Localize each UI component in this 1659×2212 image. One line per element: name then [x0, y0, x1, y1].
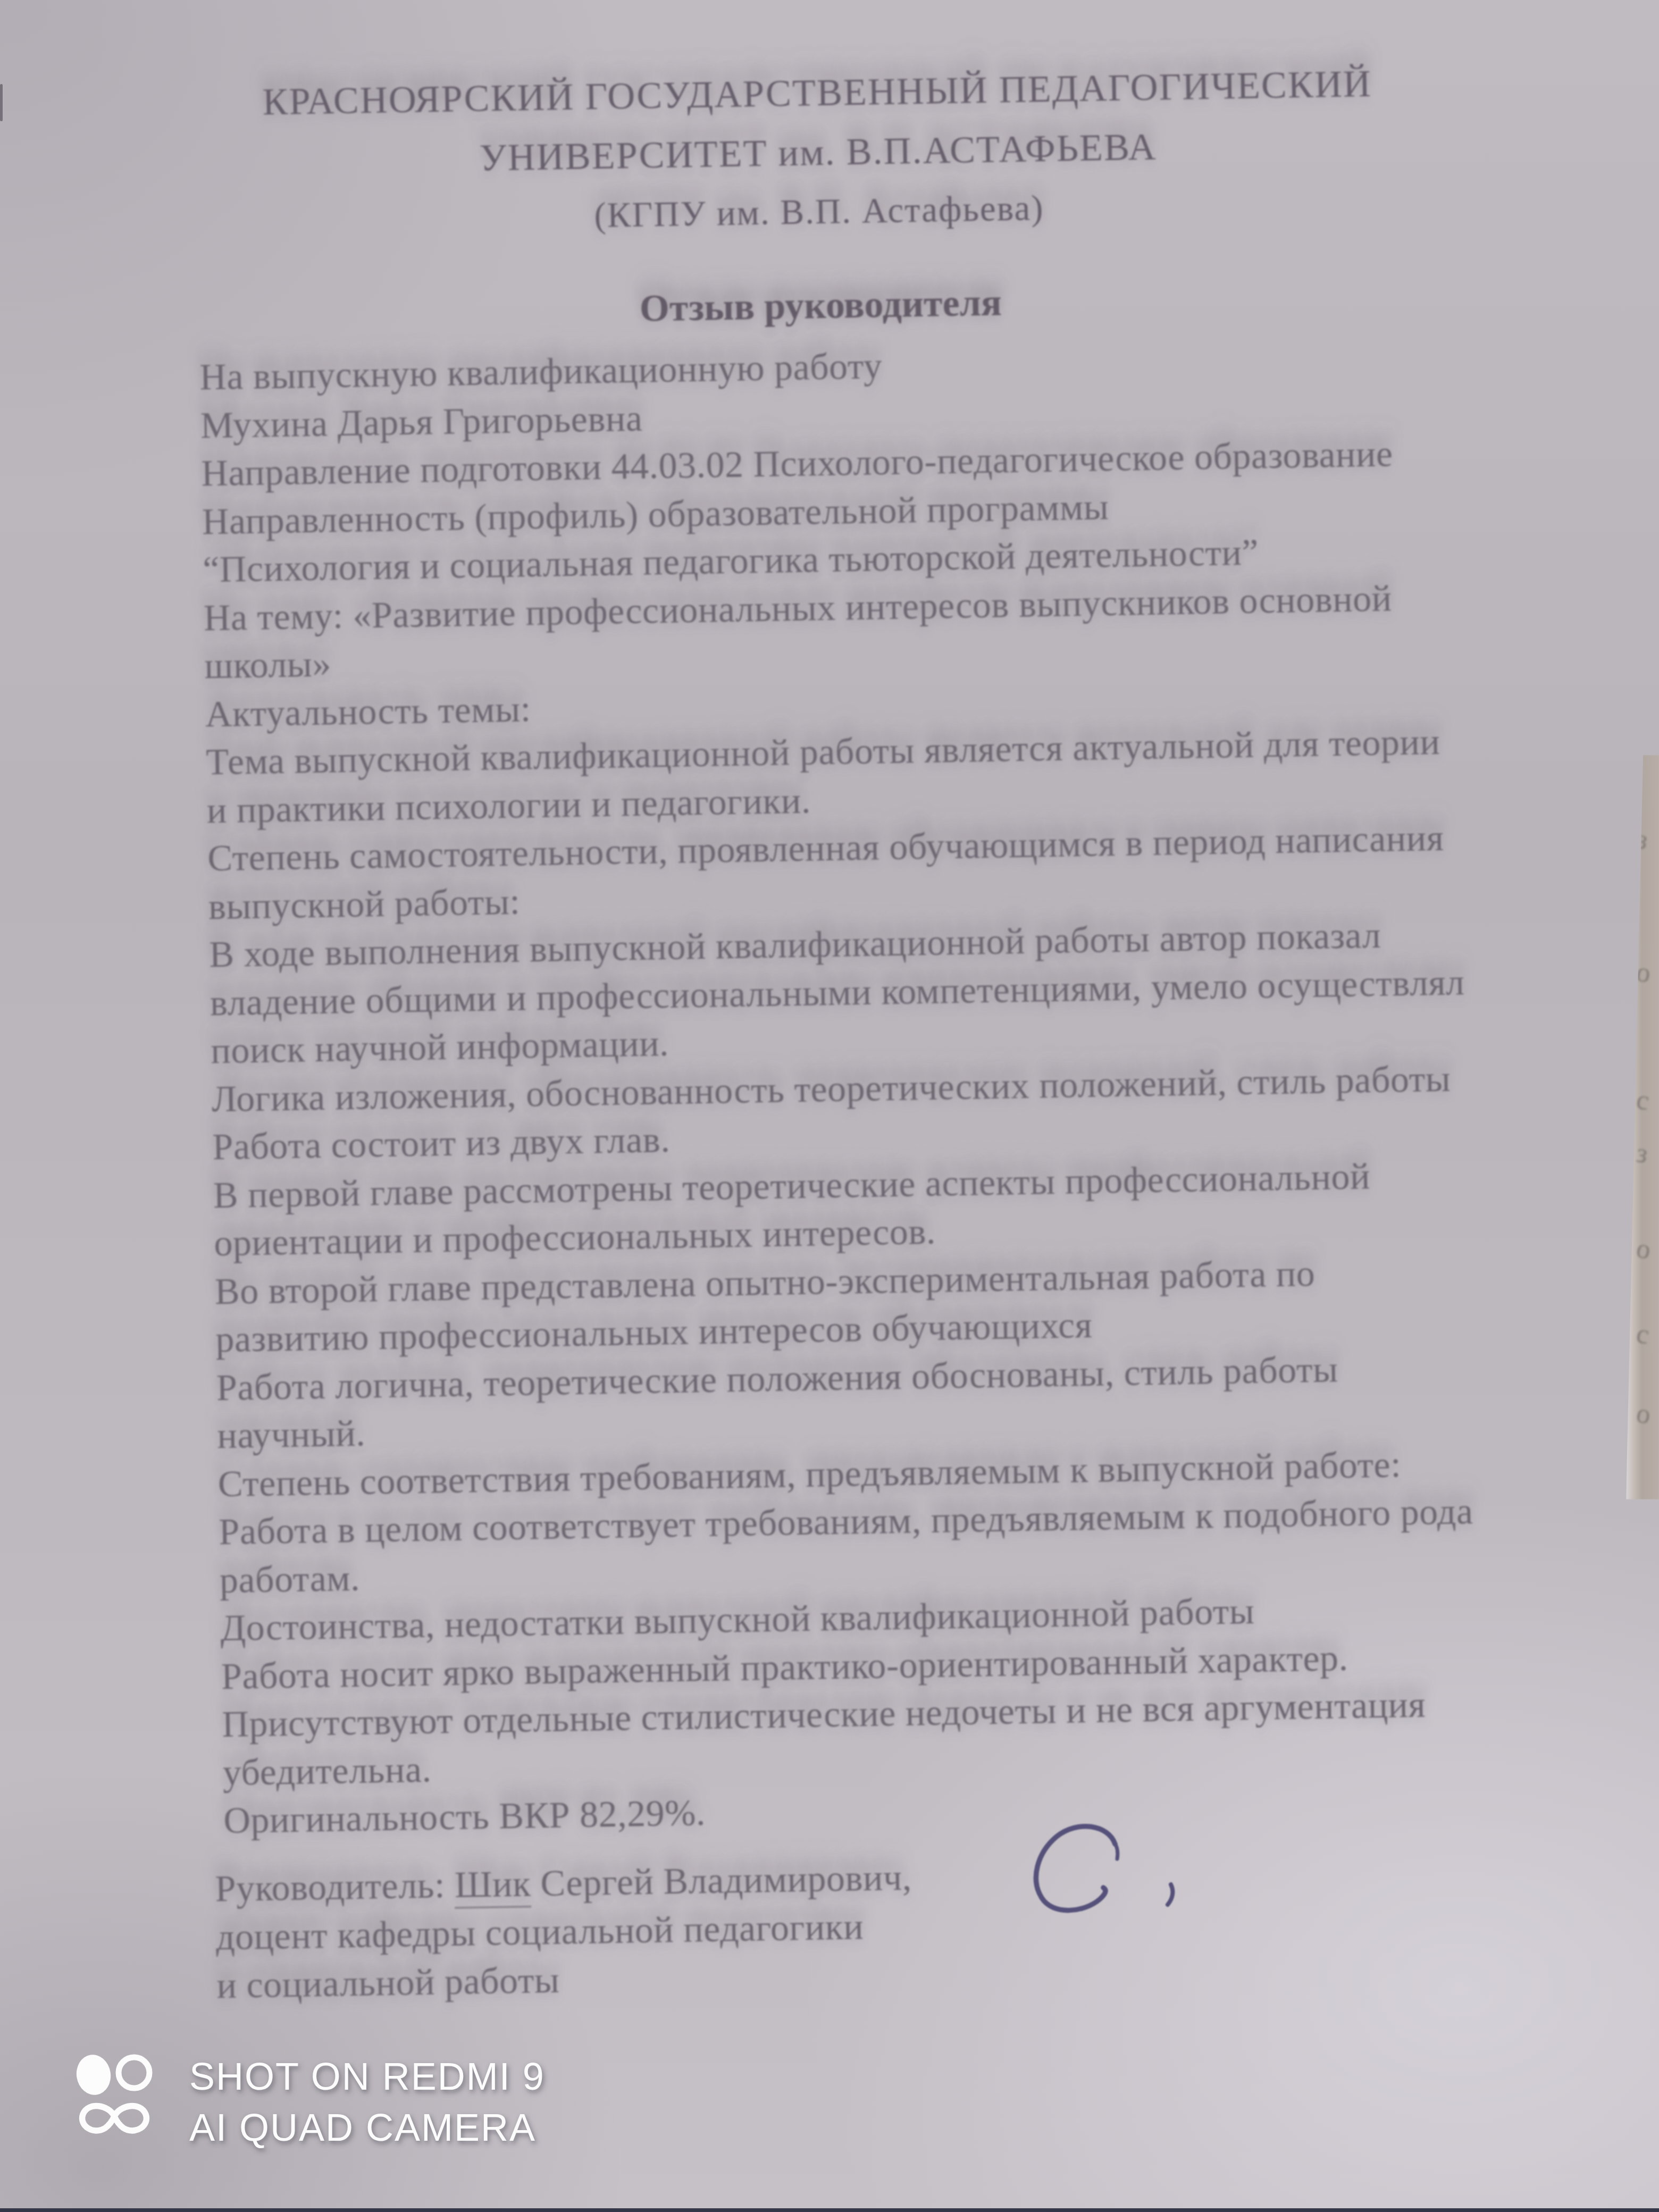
camera-watermark: SHOT ON REDMI 9 AI QUAD CAMERA — [74, 2051, 545, 2154]
supervisor-name: Сергей Владимирович, — [531, 1857, 912, 1904]
supervisor-label: Руководитель: — [215, 1864, 455, 1909]
supervisor-surname: Шик — [454, 1863, 531, 1908]
document-body: На выпускную квалификационную работу Мух… — [199, 331, 1585, 1846]
edge-glyph: о — [1635, 1233, 1653, 1266]
handwritten-signature-ink — [1024, 1814, 1194, 1937]
edge-glyph: з — [1635, 1137, 1650, 1170]
photo-bottom-edge — [0, 2208, 1659, 2212]
edge-glyph: с — [1635, 1318, 1652, 1351]
document-photo: КРАСНОЯРСКИЙ ГОСУДАРСТВЕННЫЙ ПЕДАГОГИЧЕС… — [0, 0, 1659, 2212]
redmi-camera-logo-icon — [74, 2051, 154, 2138]
review-document: КРАСНОЯРСКИЙ ГОСУДАРСТВЕННЫЙ ПЕДАГОГИЧЕС… — [0, 0, 1659, 2013]
supervisor-signature-block: Руководитель: Шик Сергей Владимирович, д… — [215, 1842, 1588, 2010]
watermark-line-2: AI QUAD CAMERA — [189, 2102, 545, 2154]
edge-glyph: с — [1635, 1084, 1652, 1117]
watermark-line-1: SHOT ON REDMI 9 — [189, 2051, 545, 2102]
edge-glyph: о — [1635, 1397, 1653, 1430]
watermark-text: SHOT ON REDMI 9 AI QUAD CAMERA — [189, 2051, 545, 2154]
edge-artifact — [0, 84, 3, 121]
university-header: КРАСНОЯРСКИЙ ГОСУДАРСТВЕННЫЙ ПЕДАГОГИЧЕС… — [0, 49, 1649, 255]
